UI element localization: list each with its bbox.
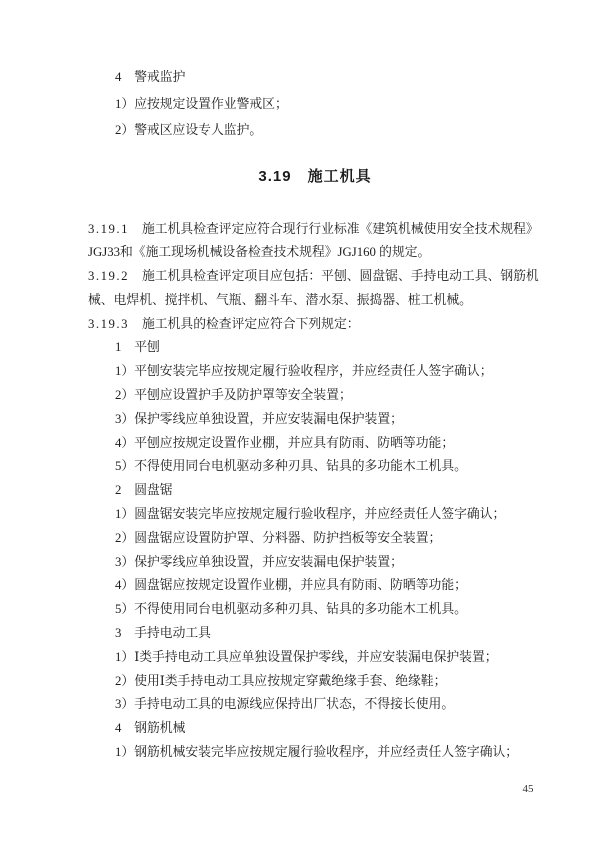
list-item: 1）钢筋机械安装完毕应按规定履行验收程序，并应经责任人签字确认；: [88, 741, 542, 765]
list-item: 3）保护零线应单独设置，并应安装漏电保护装置；: [88, 551, 542, 575]
group-planer: 1 平刨 1）平刨安装完毕应按规定履行验收程序，并应经责任人签字确认； 2）平刨…: [88, 336, 542, 479]
group-rebar-machinery: 4 钢筋机械 1）钢筋机械安装完毕应按规定履行验收程序，并应经责任人签字确认；: [88, 717, 542, 765]
list-item: 1）Ⅰ类手持电动工具应单独设置保护零线，并应安装漏电保护装置；: [88, 646, 542, 670]
page-number: 45: [518, 783, 538, 795]
list-item: 4）圆盘锯应按规定设置作业棚，并应具有防雨、防晒等功能；: [88, 574, 542, 598]
list-item: 3）手持电动工具的电源线应保持出厂状态，不得接长使用。: [88, 693, 542, 717]
list-item: 1）平刨安装完毕应按规定履行验收程序，并应经责任人签字确认；: [88, 360, 542, 384]
group-circular-saw: 2 圆盘锯 1）圆盘锯安装完毕应按规定履行验收程序，并应经责任人签字确认； 2）…: [88, 479, 542, 622]
list-item: 2）圆盘锯应设置防护罩、分料器、防护挡板等安全装置；: [88, 527, 542, 551]
clause-number: 3.19.3: [88, 317, 129, 331]
list-item: 1）圆盘锯安装完毕应按规定履行验收程序，并应经责任人签字确认；: [88, 503, 542, 527]
group-title: 3 手持电动工具: [88, 622, 542, 646]
list-item: 5）不得使用同台电机驱动多种刃具、钻具的多功能木工机具。: [88, 598, 542, 622]
group-title: 1 平刨: [88, 336, 542, 360]
clause-number: 3.19.1: [88, 222, 129, 236]
carryover-title: 4 警戒监护: [88, 64, 542, 91]
document-page: 4 警戒监护 1）应按规定设置作业警戒区； 2）警戒区应设专人监护。 3.19 …: [0, 0, 600, 848]
group-power-tools: 3 手持电动工具 1）Ⅰ类手持电动工具应单独设置保护零线，并应安装漏电保护装置；…: [88, 622, 542, 717]
list-item: 4）平刨应按规定设置作业棚，并应具有防雨、防晒等功能；: [88, 432, 542, 456]
list-item: 2）平刨应设置护手及防护罩等安全装置；: [88, 384, 542, 408]
list-item: 5）不得使用同台电机驱动多种刃具、钻具的多功能木工机具。: [88, 455, 542, 479]
clause-3-19-3: 3.19.3施工机具的检查评定应符合下列规定：: [88, 313, 542, 337]
group-title: 2 圆盘锯: [88, 479, 542, 503]
clause-text: 施工机具的检查评定应符合下列规定：: [142, 317, 360, 331]
clause-text: 施工机具检查评定项目应包括：平刨、圆盘锯、手持电动工具、钢筋机械、电焊机、搅拌机…: [88, 269, 539, 307]
list-item: 2）使用Ⅰ类手持电动工具应按规定穿戴绝缘手套、绝缘鞋；: [88, 670, 542, 694]
clause-number: 3.19.2: [88, 269, 129, 283]
clause-text: 施工机具检查评定应符合现行行业标准《建筑机械使用安全技术规程》JGJ33和《施工…: [88, 222, 539, 260]
group-title: 4 钢筋机械: [88, 717, 542, 741]
list-item: 2）警戒区应设专人监护。: [88, 117, 542, 144]
clause-3-19-2: 3.19.2施工机具检查评定项目应包括：平刨、圆盘锯、手持电动工具、钢筋机械、电…: [88, 265, 542, 313]
list-item: 3）保护零线应单独设置，并应安装漏电保护装置；: [88, 408, 542, 432]
list-item: 1）应按规定设置作业警戒区；: [88, 91, 542, 118]
carryover-section: 4 警戒监护 1）应按规定设置作业警戒区； 2）警戒区应设专人监护。: [88, 64, 542, 144]
clause-3-19-1: 3.19.1施工机具检查评定应符合现行行业标准《建筑机械使用安全技术规程》JGJ…: [88, 218, 542, 266]
page-content: 4 警戒监护 1）应按规定设置作业警戒区； 2）警戒区应设专人监护。 3.19 …: [88, 64, 542, 765]
section-heading: 3.19 施工机具: [88, 162, 542, 192]
